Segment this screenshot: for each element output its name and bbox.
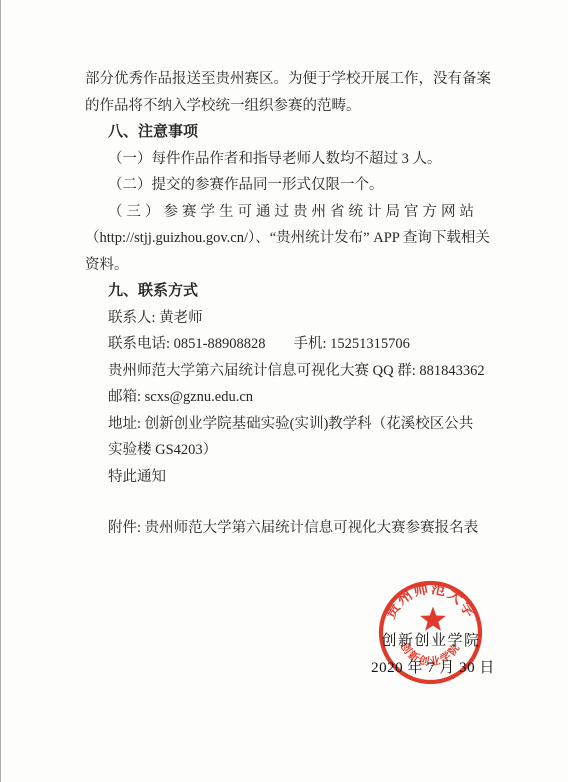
contact-person-line: 联系人: 黄老师 <box>85 305 489 332</box>
section-heading-contact: 九、联系方式 <box>85 278 489 305</box>
note-item-3-end-line: 资料。 <box>85 252 489 279</box>
section-heading-notes: 八、注意事项 <box>85 119 489 146</box>
address-line-2: 实验楼 GS4203） <box>85 437 489 464</box>
page-left-edge-line <box>0 0 1 782</box>
signature-date: 2020 年 7 月 30 日 <box>371 656 495 677</box>
note-item-3: （三）参赛学生可通过贵州省统计局官方网站 <box>85 199 489 226</box>
contact-telephone: 联系电话: 0851-88908828 <box>108 336 265 352</box>
document-body: 部分优秀作品报送至贵州赛区。为便于学校开展工作，没有备案 的作品将不纳入学校统一… <box>85 66 489 542</box>
note-item-2: （二）提交的参赛作品同一形式仅限一个。 <box>85 172 489 199</box>
paragraph-continuation-line-2: 的作品将不纳入学校统一组织参赛的范畴。 <box>85 93 489 120</box>
paragraph-continuation-line-1: 部分优秀作品报送至贵州赛区。为便于学校开展工作，没有备案 <box>85 66 489 93</box>
contact-phone-line: 联系电话: 0851-88908828手机: 15251315706 <box>85 331 489 358</box>
closing-notice-line: 特此通知 <box>85 464 489 491</box>
qq-group-line: 贵州师范大学第六届统计信息可视化大赛 QQ 群: 881843362 <box>85 358 489 385</box>
notice-document-page: 部分优秀作品报送至贵州赛区。为便于学校开展工作，没有备案 的作品将不纳入学校统一… <box>0 0 568 782</box>
attachment-line: 附件: 贵州师范大学第六届统计信息可视化大赛参赛报名表 <box>85 515 489 542</box>
note-item-3-url-line: （http://stjj.guizhou.gov.cn/）、“贵州统计发布” A… <box>85 225 489 252</box>
address-line-1: 地址: 创新创业学院基础实验(实训)教学科（花溪校区公共 <box>85 411 489 438</box>
note-item-1: （一）每件作品作者和指导老师人数均不超过 3 人。 <box>85 146 489 173</box>
red-star-icon <box>420 607 446 631</box>
signature-org: 创新创业学院 <box>381 629 480 650</box>
contact-mobile: 手机: 15251315706 <box>293 336 409 352</box>
email-line: 邮箱: scxs@gznu.edu.cn <box>85 384 489 411</box>
